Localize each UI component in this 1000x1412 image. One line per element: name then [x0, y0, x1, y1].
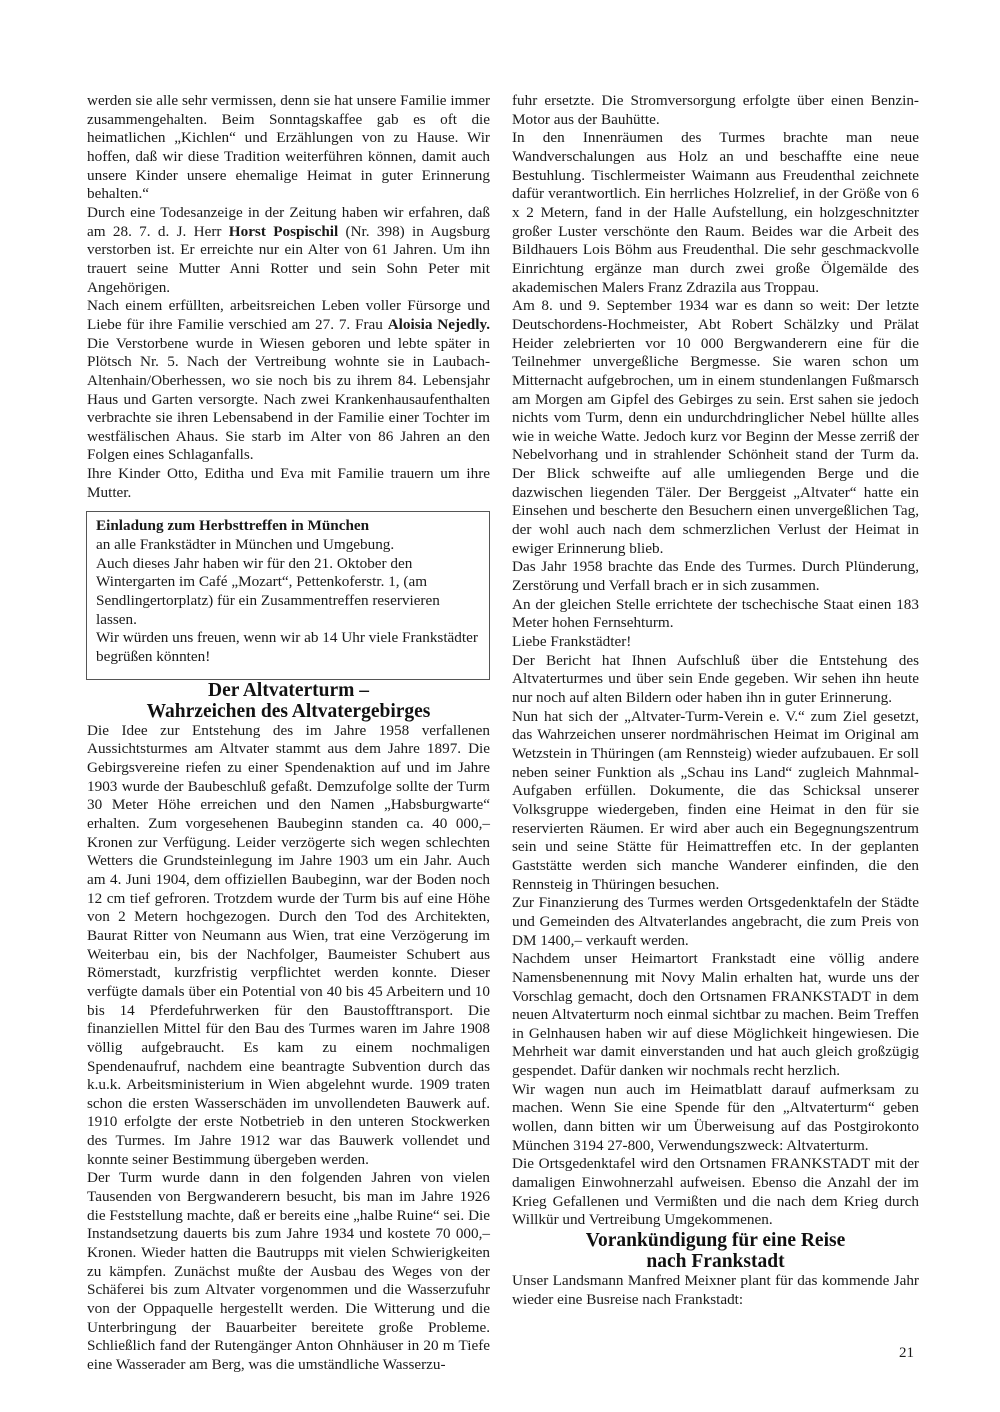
paragraph-obituary-pospischil: Durch eine Todesanzeige in der Zeitung h… [87, 204, 490, 297]
article-paragraph: Wir wagen nun auch im Heimatblatt darauf… [512, 1081, 919, 1156]
article-paragraph: Die Ortsgedenktafel wird den Ortsnamen F… [512, 1155, 919, 1230]
paragraph-children-mourn: Ihre Kinder Otto, Editha und Eva mit Fam… [87, 465, 490, 502]
salutation: Liebe Frankstädter! [512, 633, 919, 652]
invitation-line: an alle Frankstädter in München und Umge… [96, 536, 481, 555]
invitation-box: Einladung zum Herbsttreffen in München a… [86, 511, 490, 679]
article-paragraph: In den Innenräumen des Turmes brachte ma… [512, 129, 919, 297]
article-paragraph: Nachdem unser Heimartort Frankstadt eine… [512, 950, 919, 1081]
paragraph-obituary-nejedly: Nach einem erfüllten, arbeitsreichen Leb… [87, 297, 490, 465]
article-paragraph: Zur Finanzierung des Turmes werden Ortsg… [512, 894, 919, 950]
article-paragraph: Unser Landsmann Manfred Meixner plant fü… [512, 1272, 919, 1309]
invitation-title: Einladung zum Herbsttreffen in München [96, 517, 481, 536]
article-paragraph: Nun hat sich der „Altvater-Turm-Verein e… [512, 708, 919, 895]
article-paragraph: Der Bericht hat Ihnen Aufschluß über die… [512, 652, 919, 708]
left-column: werden sie alle sehr vermissen, denn sie… [87, 92, 490, 1375]
article-heading-reise: Vorankündigung für eine Reise nach Frank… [512, 1230, 919, 1272]
page-number: 21 [899, 1345, 914, 1362]
name-aloisia-nejedly: Aloisia Nejedly. [388, 316, 490, 333]
article-paragraph: Am 8. und 9. September 1934 war es dann … [512, 297, 919, 558]
right-column: fuhr ersetzte. Die Stromversorgung erfol… [512, 92, 919, 1309]
article-paragraph: Das Jahr 1958 brachte das Ende des Turme… [512, 558, 919, 595]
article-paragraph: fuhr ersetzte. Die Stromversorgung erfol… [512, 92, 919, 129]
article-heading-altvaterturm: Der Altvaterturm – Wahrzeichen des Altva… [87, 680, 490, 722]
invitation-line: Wir würden uns freuen, wenn wir ab 14 Uh… [96, 629, 481, 666]
paragraph-family-memories: werden sie alle sehr vermissen, denn sie… [87, 92, 490, 204]
invitation-line: Auch dieses Jahr haben wir für den 21. O… [96, 555, 481, 630]
name-horst-pospischil: Horst Pospischil [229, 223, 338, 240]
article-paragraph: Der Turm wurde dann in den folgenden Jah… [87, 1169, 490, 1374]
article-paragraph: Die Idee zur Entstehung des im Jahre 195… [87, 722, 490, 1170]
article-paragraph: An der gleichen Stelle errichtete der ts… [512, 596, 919, 633]
